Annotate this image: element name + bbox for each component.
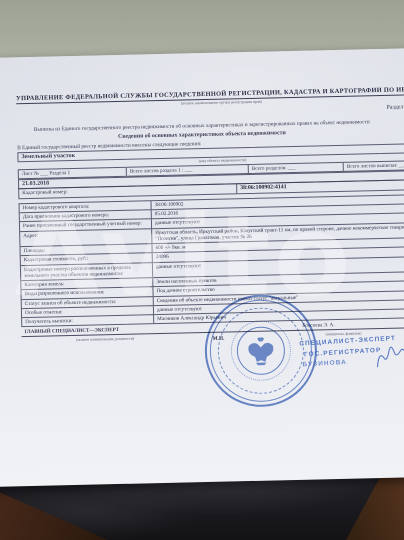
double-eagle-icon [244,333,279,368]
egrn-extract-document: УПРАВЛЕНИЕ ФЕДЕРАЛЬНОЙ СЛУЖБЫ ГОСУДАРСТВ… [0,48,404,487]
info-table: Номер кадастрового квартала: 38:06:10090… [18,194,404,328]
cadastral-number-value: 38:06:100902:4141 [237,180,404,193]
signature-scribble-icon [372,340,404,375]
photo-of-document: УПРАВЛЕНИЕ ФЕДЕРАЛЬНОЙ СЛУЖБЫ ГОСУДАРСТВ… [0,0,404,540]
seal-text-ring [230,320,291,381]
section-reference: Раздел 1 [386,104,404,110]
seal-center [236,326,285,375]
